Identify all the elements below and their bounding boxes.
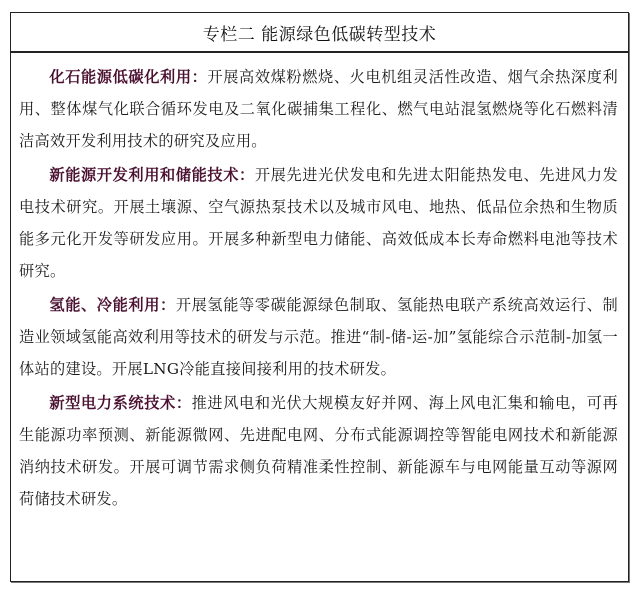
section-heading: 新型电力系统技术：: [49, 394, 191, 412]
box-title: 专栏二 能源绿色低碳转型技术: [11, 13, 628, 53]
section-heading: 新能源开发利用和储能技术：: [49, 166, 254, 184]
section-heading: 氢能、冷能利用：: [49, 296, 175, 314]
section-hydrogen-cold-energy: 氢能、冷能利用：开展氢能等零碳能源绿色制取、氢能热电联产系统高效运行、制造业领域…: [19, 289, 618, 385]
section-new-energy-storage: 新能源开发利用和储能技术：开展先进光伏发电和先进太阳能热发电、先进风力发电技术研…: [19, 159, 618, 287]
section-power-system: 新型电力系统技术：推进风电和光伏大规模友好并网、海上风电汇集和输电，可再生能源功…: [19, 387, 618, 515]
info-box: 专栏二 能源绿色低碳转型技术 化石能源低碳化利用：开展高效煤粉燃烧、火电机组灵活…: [10, 12, 629, 582]
box-body: 化石能源低碳化利用：开展高效煤粉燃烧、火电机组灵活性改造、烟气余热深度利用、整体…: [11, 53, 628, 515]
section-fossil-energy: 化石能源低碳化利用：开展高效煤粉燃烧、火电机组灵活性改造、烟气余热深度利用、整体…: [19, 61, 618, 157]
section-heading: 化石能源低碳化利用：: [49, 68, 207, 86]
